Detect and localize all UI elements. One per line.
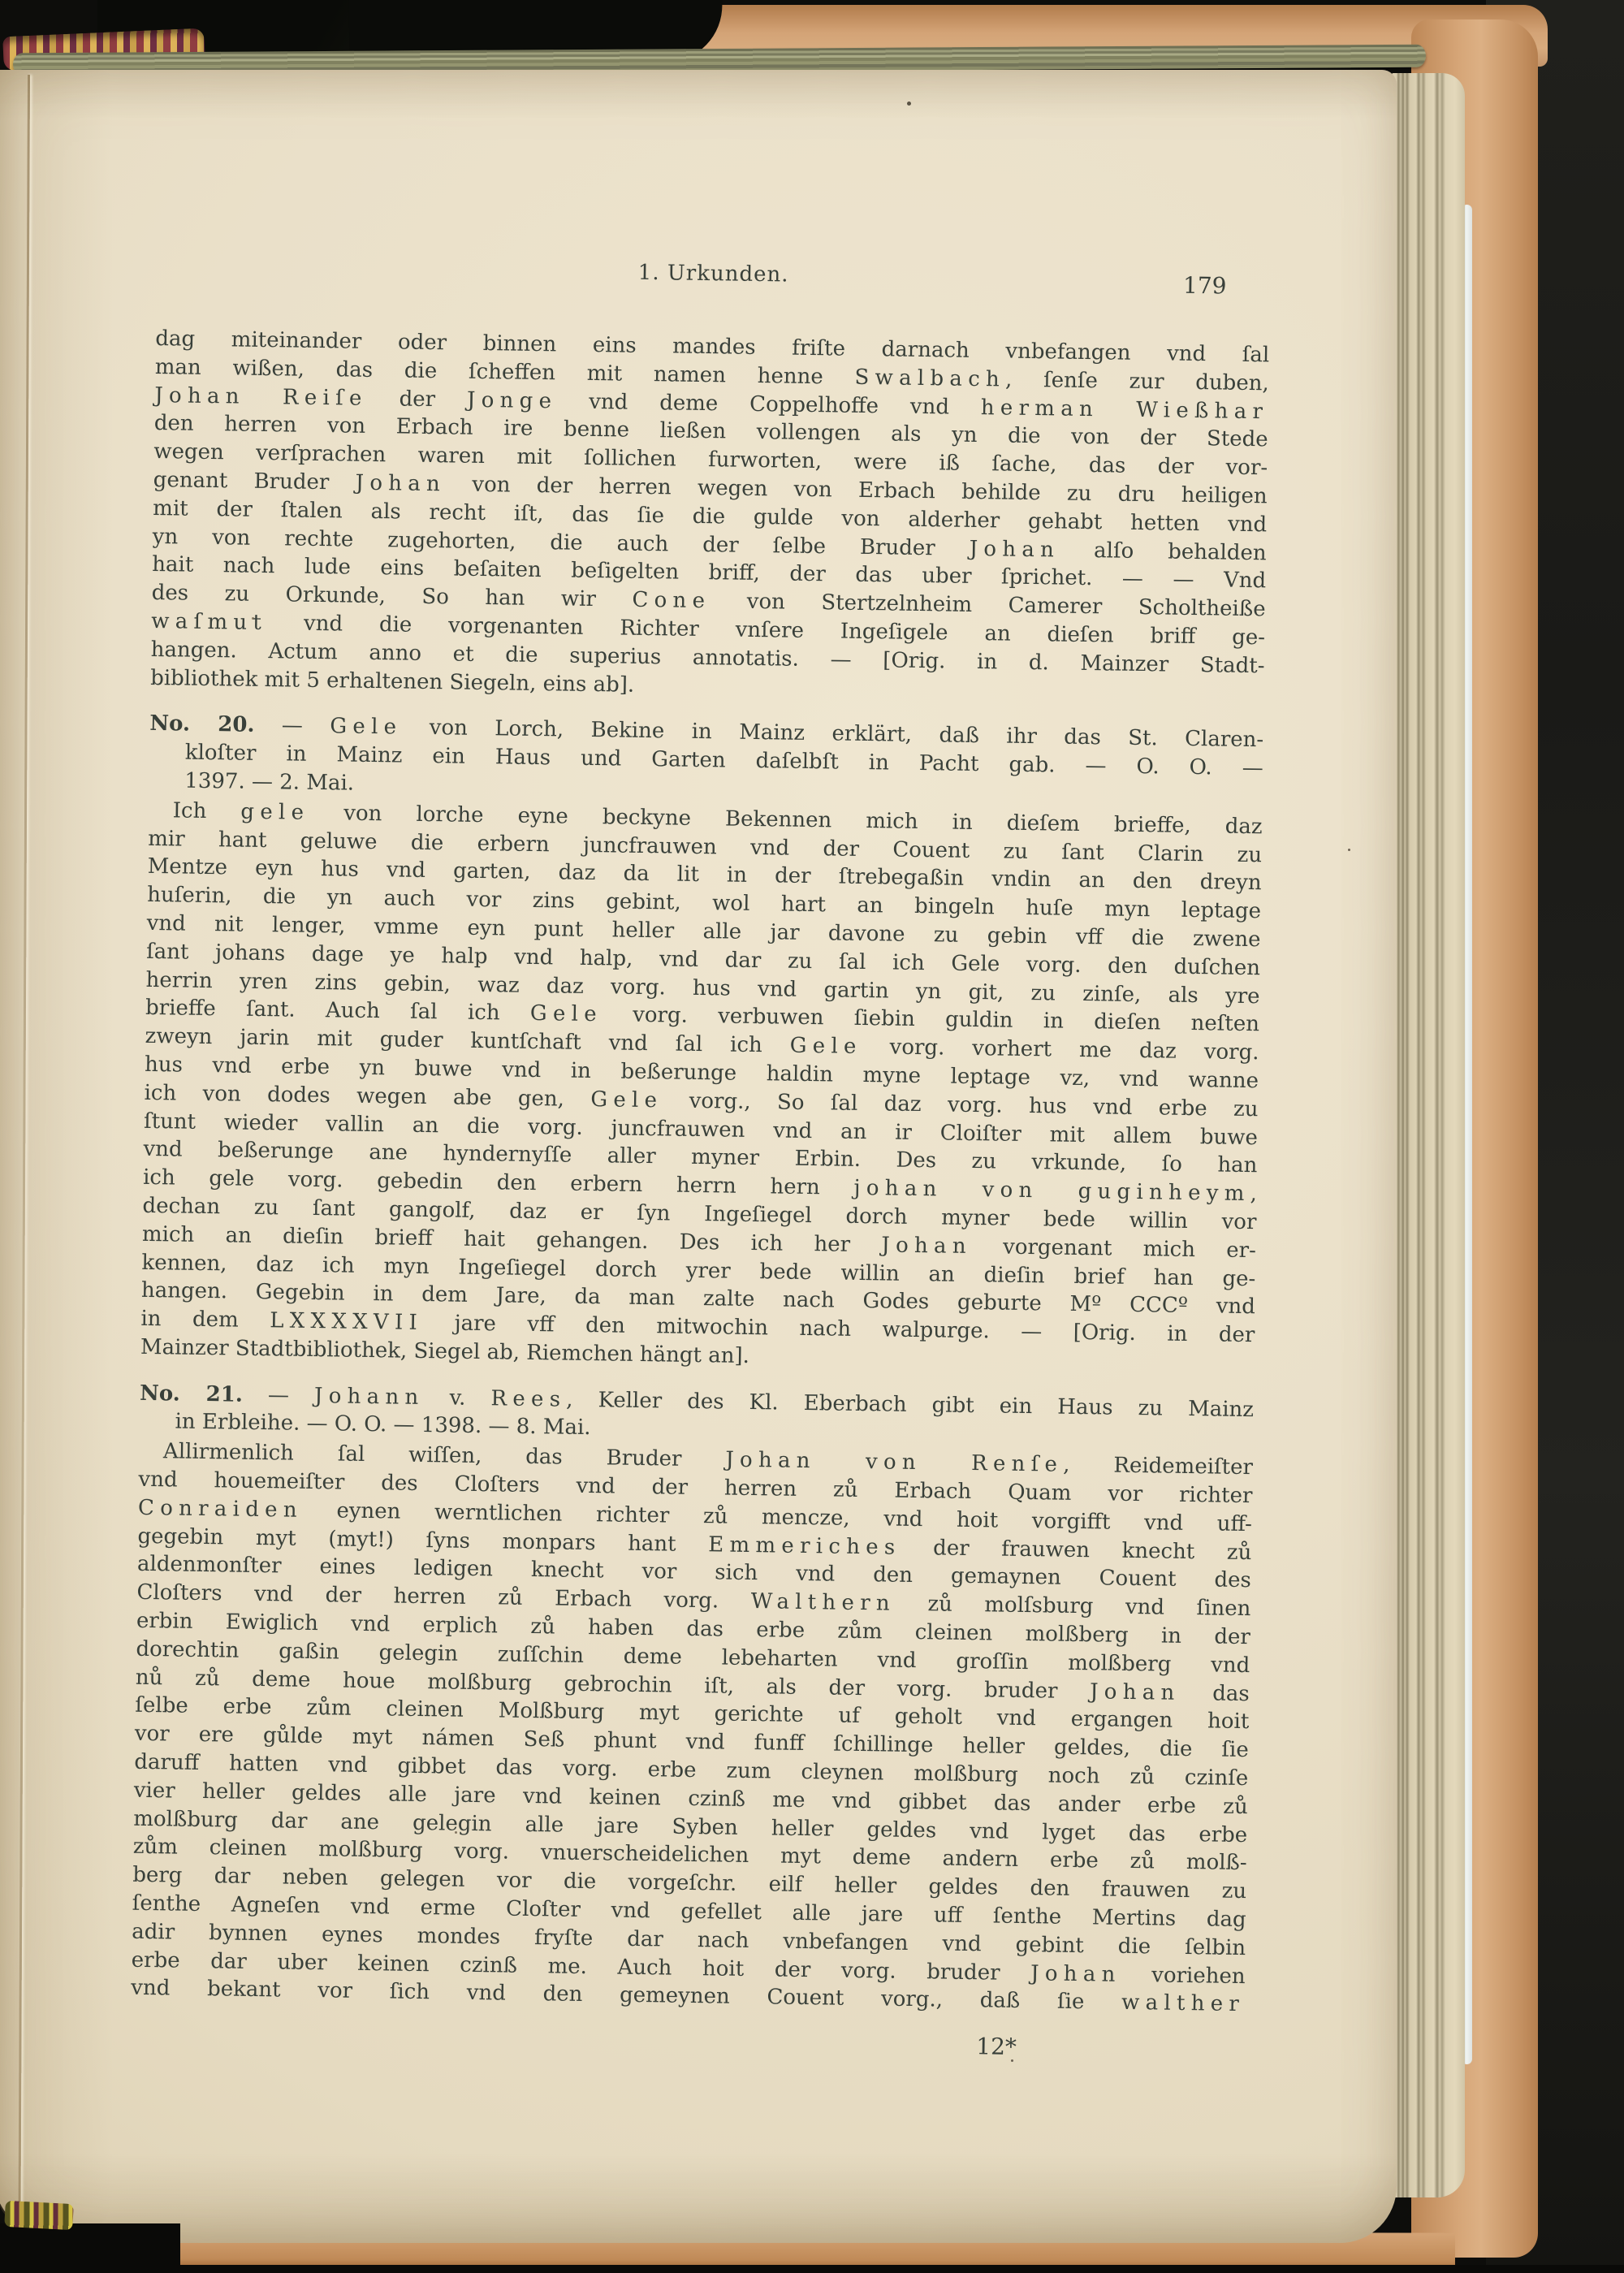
spaced-name: Conraiden (138, 1496, 303, 1523)
text-run: — (243, 1382, 315, 1407)
spaced-name: Walthern (750, 1589, 896, 1616)
page-number: 179 (1183, 272, 1227, 301)
text-run: vorgenant mich er- (972, 1234, 1256, 1263)
spaced-name: Swalbach (854, 365, 1005, 392)
running-head: 1. Urkunden. (638, 259, 789, 290)
spaced-name: Emmeriches (708, 1532, 901, 1560)
text-run: alſo behalden (1060, 538, 1267, 565)
spaced-name: Johann (314, 1384, 425, 1410)
spaced-name: Gele (790, 1034, 862, 1059)
spaced-name: johan von guginheym (853, 1176, 1250, 1206)
text-run: der frauwen knecht zů (901, 1535, 1251, 1564)
text-run: v. (424, 1385, 490, 1411)
spaced-name: Johan (355, 471, 446, 497)
text-body: dag miteinander oder binnen eins mandes … (131, 325, 1270, 2019)
text-run: ich von dodes wegen abe gen, (144, 1081, 590, 1112)
text-run: Ich (173, 798, 241, 823)
spaced-name: Johan (1030, 1961, 1121, 1987)
spaced-name: Gele (590, 1087, 663, 1113)
spaced-name: Johan (969, 536, 1060, 562)
spaced-name: walther (1121, 1990, 1245, 2016)
text-run: voriehen (1121, 1962, 1245, 1988)
spaced-name: Johan (1090, 1679, 1181, 1705)
book-scan-photo: 1. Urkunden. 179 dag miteinander oder bi… (0, 0, 1624, 2273)
spaced-name: Jonge (467, 387, 558, 413)
paragraph: Allirmenlich ſal wiſſen, das Bruder Joha… (131, 1437, 1253, 2019)
spaced-name: gele (240, 799, 309, 824)
text-run: in Erbleihe. — O. O. — 1398. — 8. Mai. (175, 1410, 590, 1441)
entry-number: No. 20. (149, 711, 255, 737)
text-run: , ſenſe zur duben, (1005, 367, 1269, 395)
text-run: , (1250, 1182, 1257, 1206)
spaced-name: waſmut (151, 609, 267, 635)
text-run: bibliothek mit 5 erhaltenen Siegeln, ein… (150, 666, 634, 698)
text-run: genant Bruder (153, 468, 356, 495)
entry-heading: No. 20. — Gele von Lorch, Bekine in Main… (149, 710, 1263, 811)
text-run: 1397. — 2. Mai. (184, 769, 354, 796)
spaced-name: herman Wießhar (981, 395, 1269, 424)
paragraph: Ich gele von lorche eyne beckyne Bekenne… (140, 797, 1263, 1378)
page-edge-stack (1392, 73, 1465, 2197)
text-run: in dem (140, 1307, 270, 1333)
spaced-name: Johan Reiſe (154, 383, 368, 411)
bottom-edge-shadow (0, 2265, 1624, 2273)
spaced-name: Rees (490, 1386, 566, 1411)
printed-text: 1. Urkunden. 179 dag miteinander oder bi… (131, 250, 1271, 2019)
text-run: des zu Orkunde, So han wir (152, 581, 633, 612)
text-run: , Reidemeiſter (1063, 1453, 1253, 1480)
text-run: der (367, 386, 467, 412)
spaced-name: Johan (881, 1233, 972, 1259)
spaced-name: Gele (330, 715, 402, 740)
spaced-name: Cone (632, 588, 710, 613)
text-run: zů molſsburg vnd ſinen (896, 1592, 1251, 1621)
spaced-name: Johan von Renſe (725, 1448, 1063, 1477)
signature-mark: 12* (976, 2033, 1017, 2062)
text-run: — (254, 713, 330, 738)
spaced-name: LXXXXVII (270, 1308, 423, 1335)
text-run: vnd deme Coppelhoffe vnd (557, 389, 981, 420)
paper-specks (0, 0, 2, 2)
entry-number: No. 21. (140, 1381, 243, 1407)
spaced-name: Gele (530, 1001, 603, 1026)
text-run: brieffe ſant. Auch ſal ich (145, 996, 530, 1026)
paragraph: dag miteinander oder binnen eins mandes … (150, 325, 1270, 709)
text-run: vorg. vorhert me daz vorg. (862, 1035, 1259, 1065)
headband-bottom (4, 2201, 74, 2230)
text-run: das (1180, 1681, 1250, 1706)
